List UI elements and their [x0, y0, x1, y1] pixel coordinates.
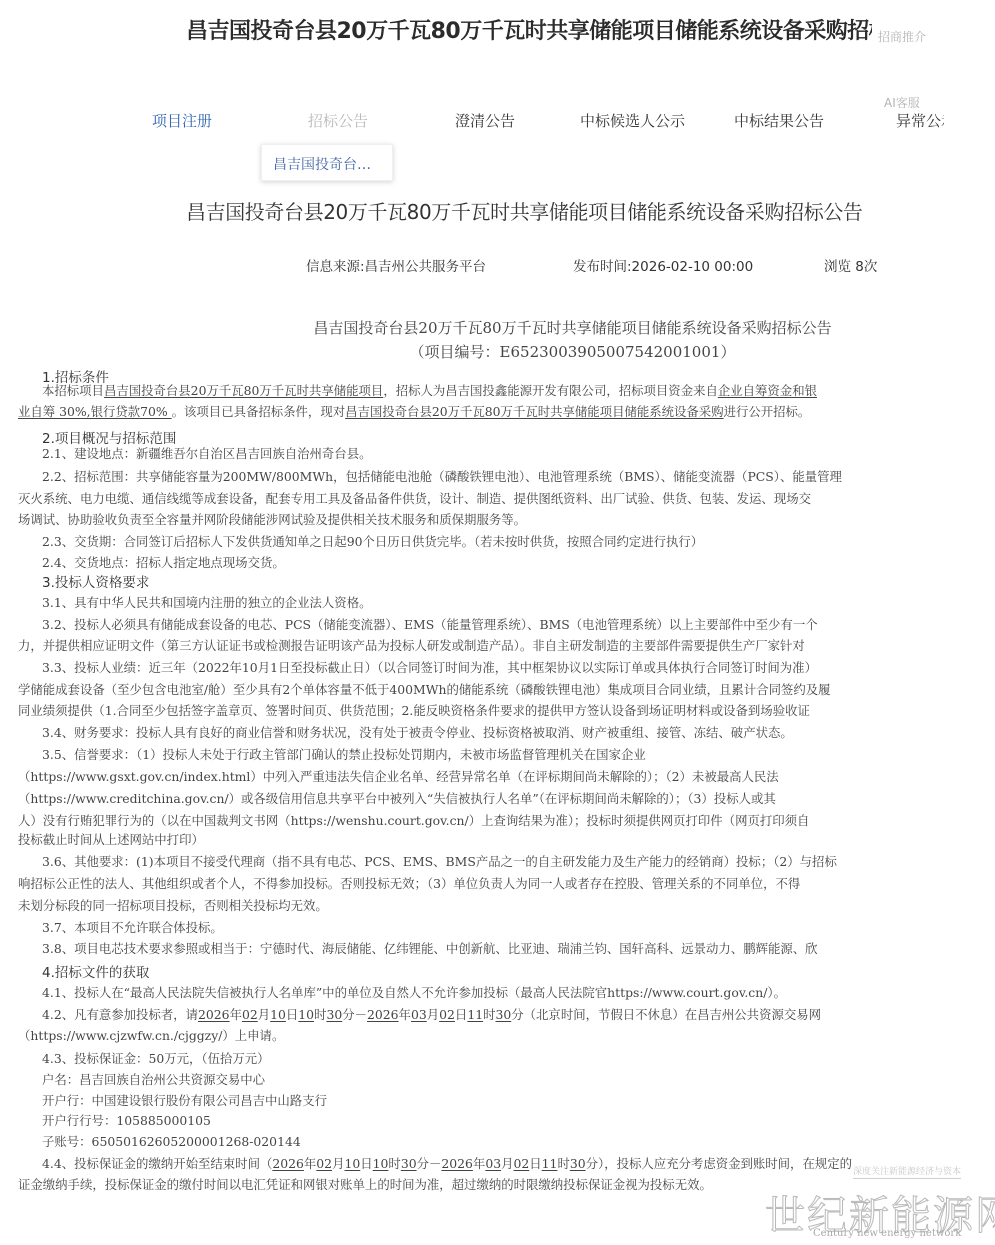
announcement-tabs: 项目注册 招标公告 澄清公告 中标候选人公示 中标结果公告 异常公示 [0, 110, 995, 134]
text-span: 时 [557, 1156, 569, 1171]
text-span: 分－ [417, 1156, 442, 1171]
document-line: 业自筹 30%,银行贷款70% 。该项目已具备招标条件，现对昌吉国投奇台县20万… [18, 403, 948, 421]
document-line: 投标截止时间从上述网站中打印） [18, 831, 948, 849]
text-span: 时 [483, 1007, 495, 1022]
document-line: 人）没有行贿犯罪行为的（以在中国裁判文书网（https://wenshu.cou… [18, 812, 948, 830]
document-line: 2.3、交货期：合同签订后招标人下发供货通知单之日起90个日历日供货完毕。（若未… [42, 533, 948, 551]
document-title: 昌吉国投奇台县20万千瓦80万千瓦时共享储能项目储能系统设备采购招标公告 [0, 317, 995, 338]
underlined-text: 企业自筹资金和银 [718, 383, 817, 398]
section-heading: 2.项目概况与招标范围 [42, 427, 176, 447]
document-line: 3.3、投标人业绩：近三年（2022年10月1日至投标截止日）（以合同签订时间为… [42, 659, 948, 677]
underlined-text: 10 [373, 1156, 389, 1171]
underlined-text: 02 [439, 1007, 455, 1022]
document-line: 4.2、凡有意参加投标者，请2026年02月10日10时30分－2026年03月… [42, 1006, 948, 1024]
underlined-text: 2026 [198, 1007, 230, 1022]
document-line: 户名：昌吉回族自治州公共资源交易中心 [42, 1071, 948, 1089]
watermark: 深度关注新能源经济与资本 世纪新能源网 Century new energy n… [765, 1170, 985, 1242]
document-line: 2.2、招标范围：共享储能容量为200MW/800MWh，包括储能电池舱（磷酸铁… [42, 468, 948, 486]
underlined-text: 03 [411, 1007, 427, 1022]
tab-abnormal-publicity[interactable]: 异常公示 [896, 110, 944, 131]
document-line: 未划分标段的同一招标项目投标，否则相关投标均无效。 [18, 897, 948, 915]
tab-clarification-announcement[interactable]: 澄清公告 [455, 110, 515, 131]
document-line: 3.6、其他要求：(1)本项目不接受代理商（指不具有电芯、PCS、EMS、BMS… [42, 853, 948, 871]
underlined-text: 10 [298, 1007, 314, 1022]
underlined-text: 30 [401, 1156, 417, 1171]
text-span: 日 [529, 1156, 541, 1171]
section-heading: 4.招标文件的获取 [42, 961, 149, 981]
text-span: ，招标人为昌吉国投鑫能源开发有限公司，招标项目资金来自 [383, 383, 718, 398]
underlined-text: 02 [513, 1156, 529, 1171]
text-span: 4.2、凡有意参加投标者，请 [42, 1007, 198, 1022]
text-span: 日 [286, 1007, 298, 1022]
text-span: 日 [360, 1156, 372, 1171]
text-span: 月 [258, 1007, 270, 1022]
document-line: 4.1、投标人在“最高人民法院失信被执行人名单库”中的单位及自然人不允许参加投标… [42, 984, 948, 1002]
project-code: （项目编号：E6523003905007542001001） [0, 341, 995, 362]
tab-project-registration[interactable]: 项目注册 [152, 110, 212, 131]
tab-winning-result-announcement[interactable]: 中标结果公告 [734, 110, 824, 131]
text-span: 本招标项目 [42, 383, 104, 398]
document-line: 同业绩须提供（1.合同至少包括签字盖章页、签署时间页、供货范围；2.能反映资格条… [18, 702, 948, 720]
text-span: 时 [388, 1156, 400, 1171]
document-line: 开户行行号：105885000105 [42, 1112, 948, 1130]
document-line: 2.1、建设地点：新疆维吾尔自治区昌吉回族自治州奇台县。 [42, 445, 948, 463]
document-line: 3.1、具有中华人民共和国境内注册的独立的企业法人资格。 [42, 594, 948, 612]
document-line: 灭火系统、电力电缆、通信线缆等成套设备，配套专用工具及备品备件供货，设计、制造、… [18, 490, 948, 508]
document-line: 力，并提供相应证明文件（第三方认证证书或检测报告证明该产品为投标人研发或制造产品… [18, 637, 948, 655]
underlined-text: 昌吉国投奇台县20万千瓦80万千瓦时共享储能项目储能系统设备采购 [345, 404, 723, 419]
watermark-tagline: 深度关注新能源经济与资本 [853, 1164, 961, 1179]
tab-winning-candidate-publicity[interactable]: 中标候选人公示 [580, 110, 685, 131]
document-line: 3.5、信誉要求：（1）投标人未处于行政主管部门确认的禁止投标处罚期内，未被市场… [42, 746, 948, 764]
text-span: 年 [399, 1007, 411, 1022]
document-line: 开户行：中国建设银行股份有限公司昌吉中山路支行 [42, 1092, 948, 1110]
investment-promotion-link[interactable]: 招商推介 [878, 28, 926, 45]
document-line: 4.3、投标保证金：50万元，（伍拾万元） [42, 1050, 948, 1068]
document-line: （https://www.gsxt.gov.cn/index.html）中列入严… [18, 768, 948, 786]
view-count: 浏览 8次 [824, 255, 877, 275]
publish-time: 发布时间:2026-02-10 00:00 [573, 255, 753, 275]
document-line: 学储能成套设备（至少包含电池室/舱）至少具有2个单体容量不低于400MWh的储能… [18, 681, 948, 699]
text-span: 月 [501, 1156, 513, 1171]
document-line: 本招标项目昌吉国投奇台县20万千瓦80万千瓦时共享储能项目，招标人为昌吉国投鑫能… [42, 382, 948, 400]
underlined-text: 10 [344, 1156, 360, 1171]
underlined-text: 30 [570, 1156, 586, 1171]
text-span: 分），投标人应充分考虑资金到账时间，在规定的 [586, 1156, 852, 1171]
document-line: 场调试、协助验收负责至全容量并网阶段储能涉网试验及提供相关技术服务和质保期服务等… [18, 511, 948, 529]
article-title: 昌吉国投奇台县20万千瓦80万千瓦时共享储能项目储能系统设备采购招标公告 [186, 196, 946, 225]
watermark-brand-en: Century new energy network [813, 1228, 961, 1239]
section-heading: 3.投标人资格要求 [42, 571, 149, 591]
text-span: 月 [332, 1156, 344, 1171]
text-span: 4.4、投标保证金的缴纳开始至结束时间（ [42, 1156, 272, 1171]
text-span: 年 [473, 1156, 485, 1171]
tab-tender-announcement[interactable]: 招标公告 [308, 110, 368, 131]
underlined-text: 11 [467, 1007, 483, 1022]
tender-dropdown-menu: 昌吉国投奇台… [261, 144, 393, 181]
document-line: 3.4、财务要求：投标人具有良好的商业信誉和财务状况，没有处于被责令停业、投标资… [42, 724, 948, 742]
ai-service-link[interactable]: AI客服 [884, 94, 920, 111]
text-span: 月 [427, 1007, 439, 1022]
document-line: （https://www.cjzwfw.cn./cjggzy/）上申请。 [18, 1027, 948, 1045]
document-line: 2.4、交货地点：招标人指定地点现场交货。 [42, 554, 948, 572]
page-header-title: 昌吉国投奇台县20万千瓦80万千瓦时共享储能项目储能系统设备采购招标 [186, 14, 872, 45]
info-source: 信息来源:昌吉州公共服务平台 [306, 255, 486, 275]
text-span: 分（北京时间，节假日不休息）在昌吉州公共资源交易网 [511, 1007, 821, 1022]
document-line: 3.7、本项目不允许联合体投标。 [42, 919, 948, 937]
underlined-text: 11 [542, 1156, 558, 1171]
underlined-text: 2026 [441, 1156, 473, 1171]
underlined-text: 02 [316, 1156, 332, 1171]
underlined-text: 10 [270, 1007, 286, 1022]
text-span: 分－ [342, 1007, 367, 1022]
document-line: （https://www.creditchina.gov.cn/）或各级信用信息… [18, 790, 948, 808]
underlined-text: 业自筹 30%,银行贷款70% [18, 404, 172, 419]
text-span: 日 [455, 1007, 467, 1022]
document-line: 子账号：65050162605200001268-020144 [42, 1133, 948, 1151]
text-span: 进行公开招标。 [724, 404, 811, 419]
text-span: 。该项目已具备招标条件，现对 [172, 404, 345, 419]
underlined-text: 03 [485, 1156, 501, 1171]
underlined-text: 30 [326, 1007, 342, 1022]
text-span: 年 [304, 1156, 316, 1171]
text-span: 年 [230, 1007, 242, 1022]
document-line: 响招标公正性的法人、其他组织或者个人，不得参加投标。否则投标无效；（3）单位负责… [18, 875, 948, 893]
document-line: 3.2、投标人必须具有储能成套设备的电芯、PCS（储能变流器）、EMS（能量管理… [42, 616, 948, 634]
underlined-text: 昌吉国投奇台县20万千瓦80万千瓦时共享储能项目 [104, 383, 383, 398]
text-span: 时 [314, 1007, 326, 1022]
underlined-text: 02 [242, 1007, 258, 1022]
underlined-text: 2026 [272, 1156, 304, 1171]
underlined-text: 30 [495, 1007, 511, 1022]
dropdown-item-project[interactable]: 昌吉国投奇台… [273, 154, 371, 174]
document-line: 3.8、项目电芯技术要求参照或相当于：宁德时代、海辰储能、亿纬锂能、中创新航、比… [42, 940, 948, 958]
underlined-text: 2026 [367, 1007, 399, 1022]
